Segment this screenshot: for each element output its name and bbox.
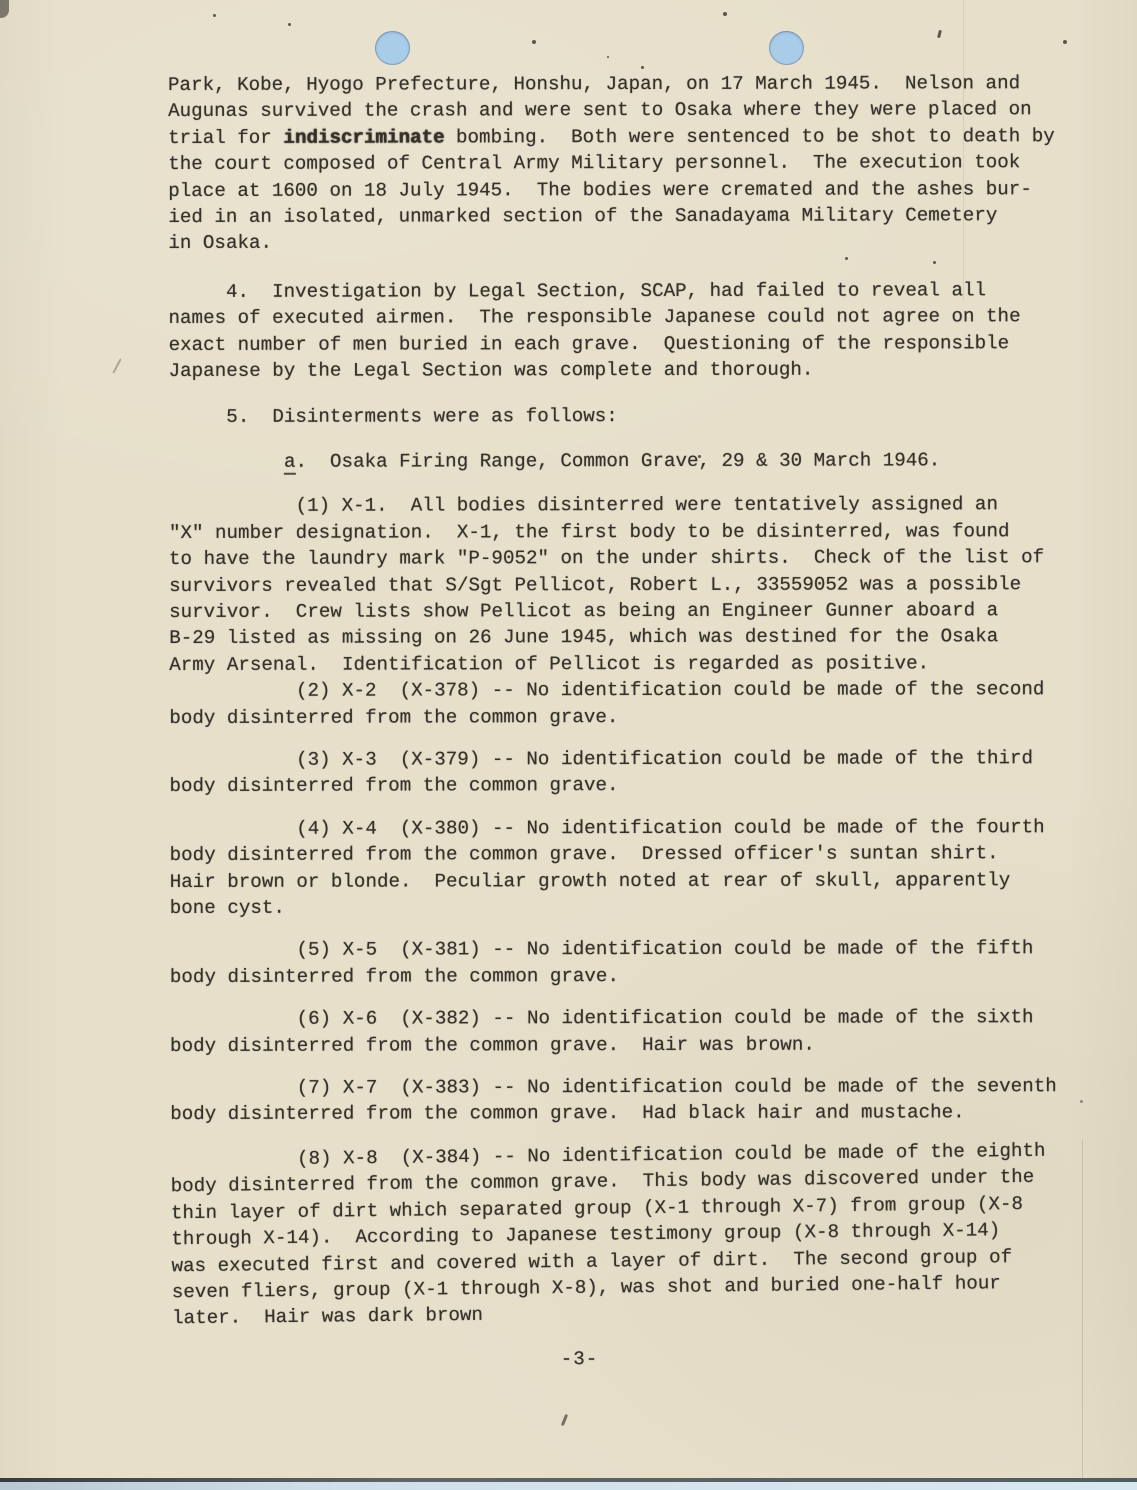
list-item-6: (6) X-6 (X-382) -- No identification cou…	[170, 1004, 1100, 1059]
page-number: -3-	[171, 1345, 1101, 1373]
text-line: (1) X-1. All bodies disinterred were ten…	[169, 491, 1099, 519]
text-line: (7) X-7 (X-383) -- No identification cou…	[170, 1073, 1100, 1101]
text-line: 4. Investigation by Legal Section, SCAP,…	[168, 277, 1098, 305]
text-line: (2) X-2 (X-378) -- No identification cou…	[169, 676, 1099, 704]
text-line: body disinterred from the common grave.	[170, 962, 1100, 990]
paragraph-continuation: Park, Kobe, Hyogo Prefecture, Honshu, Ja…	[168, 70, 1098, 257]
list-item-4: (4) X-4 (X-380) -- No identification cou…	[170, 814, 1100, 922]
scan-speck	[937, 30, 942, 38]
text-line: Hair brown or blonde. Peculiar growth no…	[170, 867, 1100, 895]
text-line: exact number of men buried in each grave…	[169, 330, 1099, 358]
list-item-1-and-2: (1) X-1. All bodies disinterred were ten…	[169, 491, 1099, 731]
text-line: body disinterred from the common grave.	[169, 703, 1099, 731]
text-line: body disinterred from the common grave.	[169, 771, 1099, 799]
text-line: 5. Disinterments were as follows:	[169, 403, 1099, 431]
text-line: (5) X-5 (X-381) -- No identification cou…	[170, 935, 1100, 963]
text-line: Japanese by the Legal Section was comple…	[169, 356, 1099, 384]
scan-speck	[723, 12, 727, 16]
text-line: the court composed of Central Army Milit…	[168, 149, 1098, 177]
text-line: names of executed airmen. The responsibl…	[168, 303, 1098, 331]
text-line: in Osaka.	[168, 228, 1098, 256]
scan-speck	[561, 1414, 568, 1426]
list-item-5: (5) X-5 (X-381) -- No identification cou…	[170, 935, 1100, 990]
scan-speck	[641, 66, 644, 69]
page-bottom-edge	[0, 1482, 1137, 1490]
text-line: bone cyst.	[170, 893, 1100, 921]
text-line: B-29 listed as missing on 26 June 1945, …	[169, 623, 1099, 651]
text-line: Augunas survived the crash and were sent…	[168, 96, 1098, 124]
typewritten-text: Park, Kobe, Hyogo Prefecture, Honshu, Ja…	[168, 70, 1101, 1373]
text-line: trial for indiscriminate bombing. Both w…	[168, 123, 1098, 151]
paragraph-4: 4. Investigation by Legal Section, SCAP,…	[168, 277, 1098, 385]
text-line: a. Osaka Firing Range, Common Grave, 29 …	[169, 447, 1099, 475]
text-line: (6) X-6 (X-382) -- No identification cou…	[170, 1004, 1100, 1032]
list-item-3: (3) X-3 (X-379) -- No identification cou…	[169, 745, 1099, 800]
scan-corner-smudge	[0, 0, 9, 18]
scan-speck	[607, 56, 609, 58]
text-line: body disinterred from the common grave. …	[170, 840, 1100, 868]
scan-speck	[288, 23, 291, 26]
list-item-a: a. Osaka Firing Range, Common Grave, 29 …	[169, 447, 1099, 475]
text-line: place at 1600 on 18 July 1945. The bodie…	[168, 176, 1098, 204]
text-line: "X" number designation. X-1, the first b…	[169, 518, 1099, 546]
text-line: survivor. Crew lists show Pellicot as be…	[169, 597, 1099, 625]
text-line: body disinterred from the common grave. …	[170, 1031, 1100, 1059]
text-line: (3) X-3 (X-379) -- No identification cou…	[169, 745, 1099, 773]
text-line: (4) X-4 (X-380) -- No identification cou…	[170, 814, 1100, 842]
text-line: ied in an isolated, unmarked section of …	[168, 202, 1098, 230]
scan-speck	[213, 14, 216, 17]
scan-speck	[1063, 40, 1067, 44]
text-line: survivors revealed that S/Sgt Pellicot, …	[169, 571, 1099, 599]
list-item-7: (7) X-7 (X-383) -- No identification cou…	[170, 1073, 1100, 1128]
paragraph-5: 5. Disinterments were as follows:	[169, 403, 1099, 431]
text-line: Army Arsenal. Identification of Pellicot…	[169, 650, 1099, 678]
text-line: to have the laundry mark "P-9052" on the…	[169, 544, 1099, 572]
punch-hole-left	[375, 31, 410, 65]
text-line: body disinterred from the common grave. …	[170, 1099, 1100, 1127]
pencil-mark	[112, 358, 121, 373]
list-item-8: (8) X-8 (X-384) -- No identification cou…	[170, 1137, 1102, 1332]
scan-speck	[532, 40, 536, 44]
text-line: Park, Kobe, Hyogo Prefecture, Honshu, Ja…	[168, 70, 1098, 98]
punch-hole-right	[767, 29, 806, 68]
document-page: Park, Kobe, Hyogo Prefecture, Honshu, Ja…	[0, 0, 1137, 1490]
